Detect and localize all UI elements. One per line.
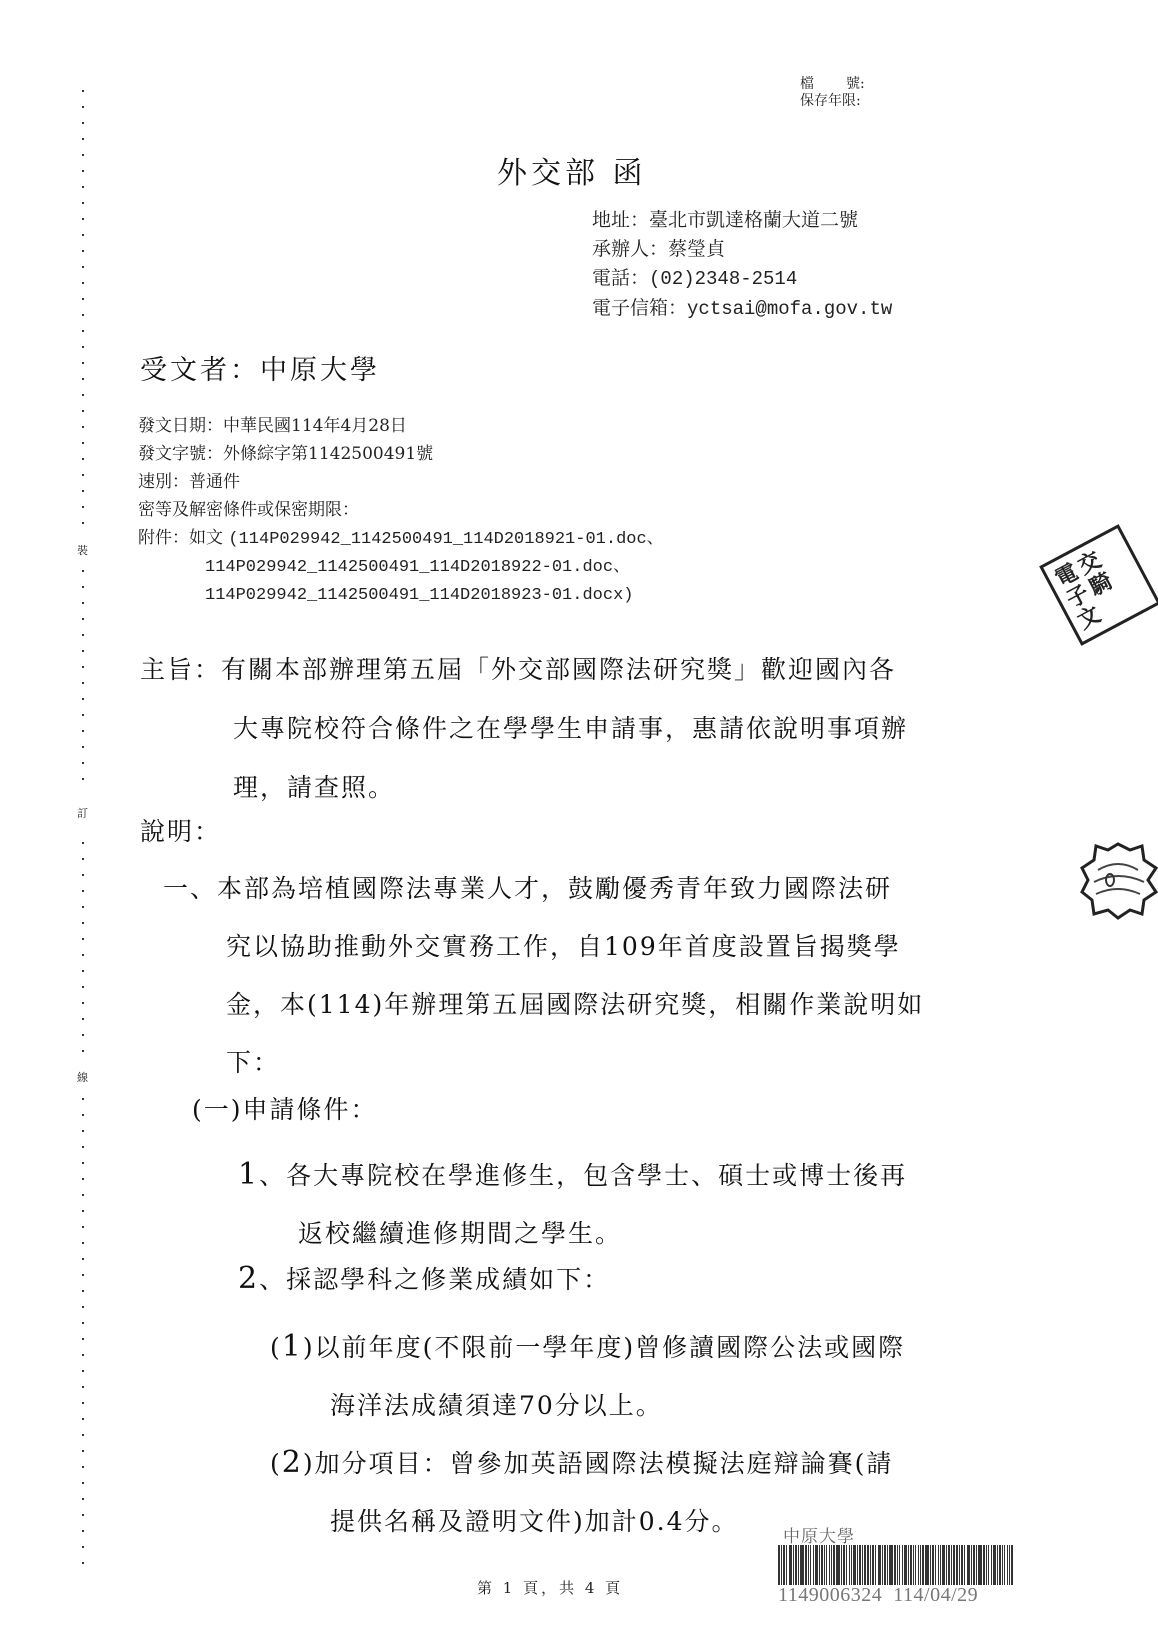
binding-dot [82, 1514, 84, 1516]
secrecy: 密等及解密條件或保密期限： [138, 496, 664, 524]
binding-dot [82, 938, 84, 940]
page-indicator: 第 1 頁，共 4 頁 [477, 1577, 623, 1598]
attachment-label: 附件：如文 [138, 528, 228, 548]
binding-dot [82, 1338, 84, 1340]
binding-dot [82, 1226, 84, 1228]
binding-dot [82, 762, 84, 764]
binding-dot [82, 986, 84, 988]
binding-dot [82, 186, 84, 188]
email-address: yctsai@mofa.gov.tw [687, 298, 892, 320]
subject-line-3: 理，請查照。 [140, 758, 908, 817]
binding-dot [82, 906, 84, 908]
binding-dot [82, 1546, 84, 1548]
explanation-item-1: 一、本部為培植國際法專業人才，鼓勵優秀青年致力國際法研 究以協助推動外交實務工作… [163, 860, 924, 1092]
attachment-file-3[interactable]: 114P029942_1142500491_114D2018923-01.doc… [138, 582, 664, 610]
binding-dot [82, 490, 84, 492]
binding-dot [82, 1146, 84, 1148]
binding-dot [82, 1194, 84, 1196]
binding-dot [82, 154, 84, 156]
binding-dot [82, 506, 84, 508]
binding-dot [82, 122, 84, 124]
document-title: 外交部 函 [497, 148, 647, 192]
binding-dot [82, 394, 84, 396]
phone-label: 電話： [592, 267, 649, 289]
file-number-label-left: 檔 [800, 76, 846, 93]
email-row: 電子信箱：yctsai@mofa.gov.tw [592, 294, 892, 324]
binding-dot [82, 202, 84, 204]
binding-dot [82, 1418, 84, 1420]
binding-dot [82, 1098, 84, 1100]
binding-mark-zhuang: 裝 [77, 545, 88, 557]
speed: 速別：普通件 [138, 468, 664, 496]
barcode-date: 114/04/29 [893, 1584, 978, 1606]
binding-dot [82, 282, 84, 284]
binding-dot [82, 858, 84, 860]
binding-dot [82, 1530, 84, 1532]
binding-dot [82, 1114, 84, 1116]
item-marker: 一、 [163, 874, 217, 903]
recipient: 受文者：中原大學 [140, 348, 380, 387]
binding-dot [82, 1162, 84, 1164]
binding-dot [82, 1178, 84, 1180]
barcode-number: 1149006324 [778, 1584, 882, 1606]
binding-dot [82, 1434, 84, 1436]
binding-dot [82, 650, 84, 652]
binding-dot [82, 298, 84, 300]
binding-dot [82, 426, 84, 428]
binding-dot [82, 170, 84, 172]
binding-dot [82, 1386, 84, 1388]
binding-dot [82, 618, 84, 620]
binding-dot [82, 842, 84, 844]
binding-dot [82, 1402, 84, 1404]
retention-label: 保存年限: [800, 93, 861, 110]
electronic-seal-stamp: 電子文交騎 [1039, 524, 1158, 646]
binding-dot [82, 250, 84, 252]
binding-dot [82, 1322, 84, 1324]
binding-mark-xian: 線 [77, 1072, 88, 1084]
document-meta: 發文日期：中華民國114年4月28日 發文字號：外條綜字第1142500491號… [138, 412, 664, 610]
binding-dot [82, 1210, 84, 1212]
binding-dot [82, 1034, 84, 1036]
binding-dot [82, 1450, 84, 1452]
phone-number: (02)2348-2514 [649, 268, 797, 290]
subject-line-2: 大專院校符合條件之在學學生申請事，惠請依說明事項辦 [140, 699, 908, 758]
barcode-text: 1149006324 114/04/29 [778, 1584, 978, 1607]
grade-requirement-1: (1)以前年度(不限前一學年度)曾修讀國際公法或國際 海洋法成績須達70分以上。 [270, 1318, 905, 1435]
seal-emblem-icon [1078, 840, 1158, 920]
handler: 承辦人：蔡瑩貞 [592, 235, 892, 264]
binding-margin: 裝 訂 線 [82, 90, 86, 1570]
file-number-row: 檔 號: [800, 76, 865, 93]
binding-dot [82, 1274, 84, 1276]
contact-block: 地址：臺北市凱達格蘭大道二號 承辦人：蔡瑩貞 電話：(02)2348-2514 … [592, 206, 892, 324]
attachment-file-2[interactable]: 114P029942_1142500491_114D2018922-01.doc… [138, 554, 664, 582]
binding-dot [82, 666, 84, 668]
binding-dot [82, 570, 84, 572]
binding-dot [82, 1306, 84, 1308]
barcode [778, 1545, 1014, 1585]
binding-mark-ding: 訂 [77, 808, 88, 820]
subject-label: 主旨： [140, 655, 221, 684]
binding-dot [82, 1258, 84, 1260]
retention-row: 保存年限: [800, 93, 865, 110]
binding-dot [82, 1466, 84, 1468]
email-label: 電子信箱： [592, 297, 687, 319]
binding-dot [82, 1242, 84, 1244]
subject-line-1: 主旨：有關本部辦理第五屆「外交部國際法研究獎」歡迎國內各 [140, 640, 908, 699]
explanation-label: 說明： [140, 812, 221, 848]
barcode-org: 中原大學 [783, 1522, 855, 1547]
binding-dot [82, 378, 84, 380]
binding-dot [82, 1002, 84, 1004]
binding-dot [82, 1482, 84, 1484]
subsection-application-conditions: (一)申請條件： [192, 1090, 378, 1126]
binding-dot [82, 138, 84, 140]
binding-dot [82, 1562, 84, 1564]
binding-dot [82, 266, 84, 268]
condition-number: 1 [238, 1157, 259, 1192]
binding-dot [82, 1050, 84, 1052]
binding-dot [82, 234, 84, 236]
condition-2: 2、採認學科之修業成績如下： [238, 1260, 610, 1296]
binding-dot [82, 922, 84, 924]
binding-dot [82, 970, 84, 972]
issue-date: 發文日期：中華民國114年4月28日 [138, 412, 664, 440]
binding-dot [82, 330, 84, 332]
binding-dot [82, 714, 84, 716]
binding-dot [82, 1130, 84, 1132]
binding-dot [82, 586, 84, 588]
binding-dot [82, 218, 84, 220]
binding-dot [82, 362, 84, 364]
binding-dot [82, 1498, 84, 1500]
archive-info: 檔 號: 保存年限: [800, 76, 865, 110]
binding-dot [82, 458, 84, 460]
binding-dot [82, 682, 84, 684]
file-number-label-right: 號: [846, 76, 865, 93]
binding-dot [82, 442, 84, 444]
binding-dot [82, 1018, 84, 1020]
binding-dot [82, 522, 84, 524]
attachment-file-1[interactable]: (114P029942_1142500491_114D2018921-01.do… [228, 530, 663, 549]
binding-dot [82, 730, 84, 732]
condition-1: 1、各大專院校在學進修生，包含學士、碩士或博士後再 返校繼續進修期間之學生。 [238, 1146, 907, 1263]
binding-dot [82, 746, 84, 748]
binding-dot [82, 890, 84, 892]
address: 地址：臺北市凱達格蘭大道二號 [592, 206, 892, 235]
binding-dot [82, 778, 84, 780]
binding-dot [82, 602, 84, 604]
phone-row: 電話：(02)2348-2514 [592, 264, 892, 294]
binding-dot [82, 474, 84, 476]
condition-number: 2 [238, 1261, 259, 1296]
binding-dot [82, 410, 84, 412]
binding-dot [82, 106, 84, 108]
binding-dot [82, 1370, 84, 1372]
document-number: 發文字號：外條綜字第1142500491號 [138, 440, 664, 468]
binding-dot [82, 954, 84, 956]
binding-dot [82, 90, 84, 92]
attachment-row: 附件：如文 (114P029942_1142500491_114D2018921… [138, 524, 664, 554]
subject-section: 主旨：有關本部辦理第五屆「外交部國際法研究獎」歡迎國內各 大專院校符合條件之在學… [140, 640, 908, 817]
binding-dot [82, 314, 84, 316]
binding-dot [82, 634, 84, 636]
binding-dot [82, 874, 84, 876]
binding-dot [82, 698, 84, 700]
binding-dot [82, 346, 84, 348]
binding-dot [82, 1354, 84, 1356]
binding-dot [82, 1290, 84, 1292]
